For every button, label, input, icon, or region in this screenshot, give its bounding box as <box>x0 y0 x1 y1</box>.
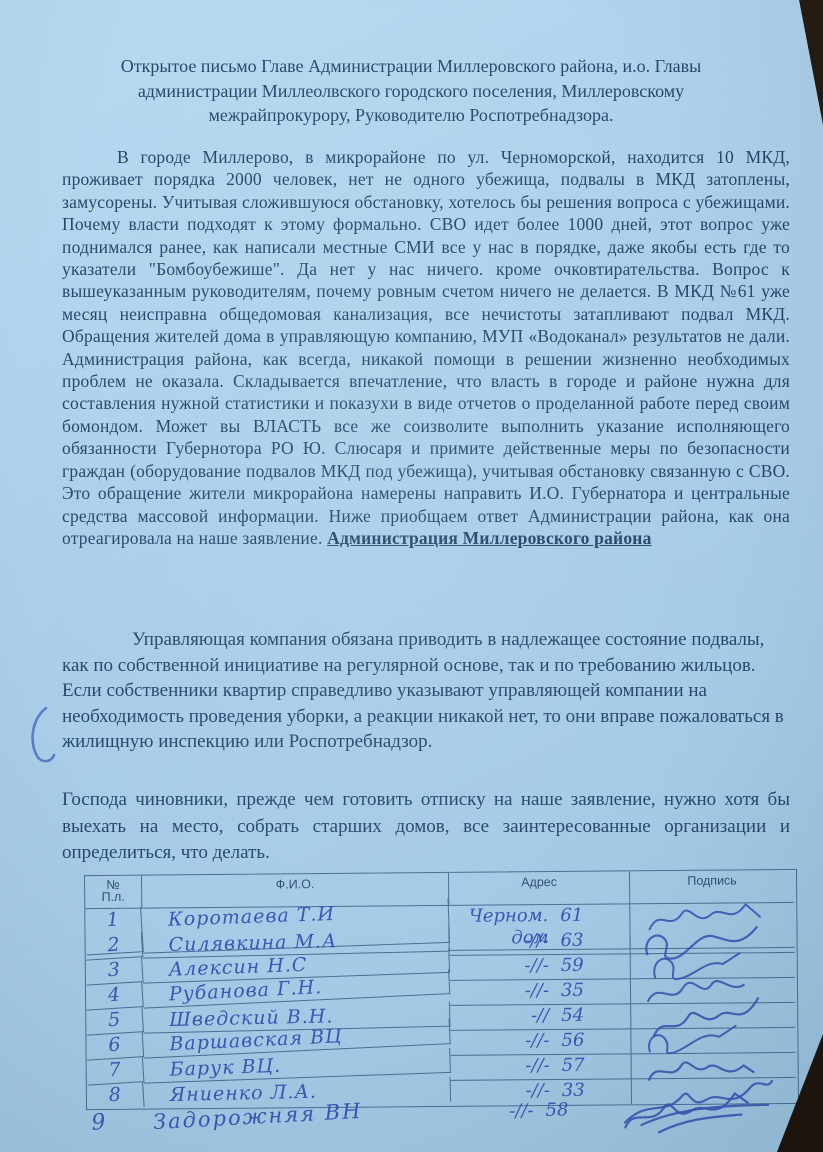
header-address: Адрес <box>449 871 630 906</box>
closing-paragraph: Господа чиновники, прежде чем готовить о… <box>62 787 790 867</box>
signature-scribble <box>615 1093 780 1122</box>
photo-background-corner-top-right <box>797 0 823 125</box>
reply-paragraph-2: Если собственники квартир справедливо ук… <box>62 678 784 755</box>
letter-paper: Открытое письмо Главе Администрации Милл… <box>0 0 823 1152</box>
letter-body-paragraph: В городе Миллерово, в микрорайоне по ул.… <box>62 146 790 549</box>
administration-reply: Управляющая компания обязана приводить в… <box>62 627 784 755</box>
letter-title: Открытое письмо Главе Администрации Милл… <box>101 54 721 128</box>
reply-paragraph-1: Управляющая компания обязана приводить в… <box>62 627 784 678</box>
letter-body-text: В городе Миллерово, в микрорайоне по ул.… <box>62 147 790 548</box>
header-num: № П.л. <box>85 876 142 909</box>
pen-mark <box>24 703 64 769</box>
letter-body-emphasis: Администрация Миллеровского района <box>327 528 651 548</box>
signature-table: № П.л. Ф.И.О. Адрес Подпись 1 Коротаева … <box>84 869 799 1110</box>
